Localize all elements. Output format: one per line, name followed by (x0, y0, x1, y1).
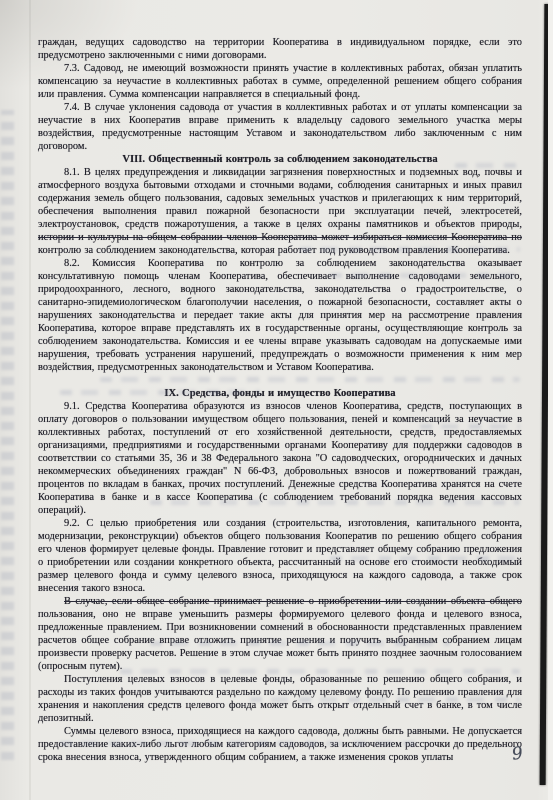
handwritten-page-number: 9 (511, 743, 525, 764)
paragraph-7-2-continuation: граждан, ведущих садоводство на территор… (38, 36, 522, 62)
bleedthrough-margin-artifact (1, 110, 14, 760)
scan-right-margin (548, 0, 553, 800)
paragraph-7-4: 7.4. В случае уклонения садовода от учас… (38, 101, 522, 153)
strikethrough-artifact-text: В случае, если общее собрание принимает … (64, 596, 522, 607)
paragraph-equal-contributions: Суммы целевого взноса, приходящиеся на к… (38, 725, 522, 764)
paragraph-7-3: 7.3. Садовод, не имеющий возможности при… (38, 62, 522, 101)
strikethrough-artifact-text: истории и культуры на общем собрании чле… (38, 232, 522, 243)
paper-fold-line (29, 0, 31, 800)
paragraph-9-2: 9.2. С целью приобретения или создания (… (38, 517, 522, 595)
text-column: граждан, ведущих садоводство на территор… (38, 36, 522, 764)
section-heading-viii: VIII. Общественный контроль за соблюдени… (38, 153, 522, 166)
section-heading-ix: IX. Средства, фонды и имущество Кооперат… (38, 387, 522, 400)
scanned-document-page: граждан, ведущих садоводство на территор… (0, 0, 553, 800)
paragraph-target-contributions-accounting: Поступления целевых взносов в целевые фо… (38, 673, 522, 725)
paragraph-8-1: 8.1. В целях предупреждения и ликвидации… (38, 166, 522, 257)
paragraph-8-2: 8.2. Комиссия Кооператива по контролю за… (38, 257, 522, 374)
paragraph-9-2-target-fund: В случае, если общее собрание принимает … (38, 595, 522, 673)
paragraph-9-1: 9.1. Средства Кооператива образуются из … (38, 400, 522, 517)
